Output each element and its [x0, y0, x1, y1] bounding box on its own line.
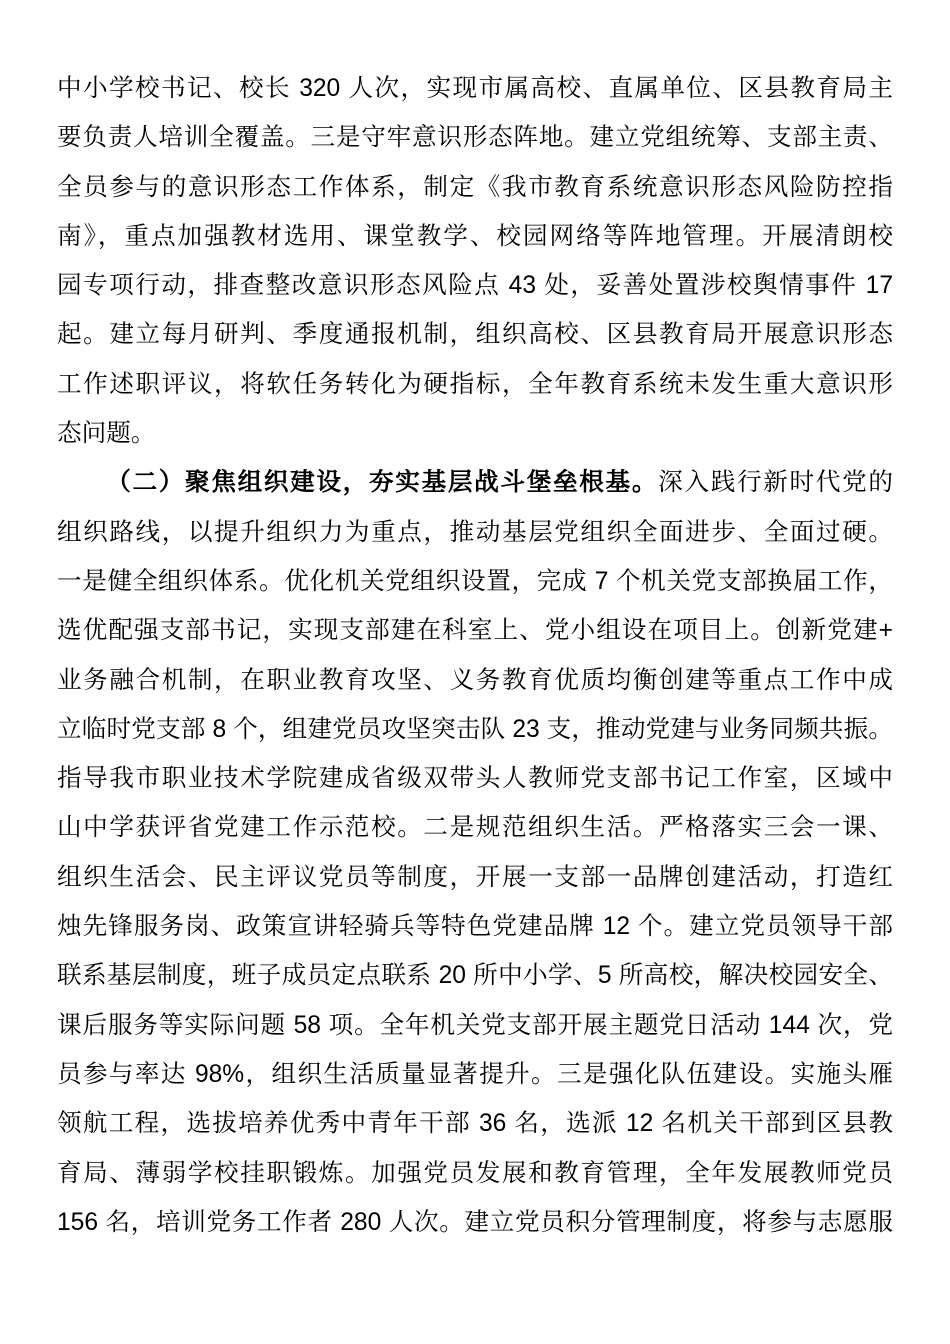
body-text: 联系基层制度，班子成员定点联系 20 所中小学、5 所高校，解决校园安全、 [57, 962, 893, 989]
body-text: 领航工程，选拔培养优秀中青年干部 36 名，选派 12 名机关干部到区县教 [57, 1110, 893, 1137]
text-line: 领航工程，选拔培养优秀中青年干部 36 名，选派 12 名机关干部到区县教 [57, 1099, 893, 1148]
body-text: 组织路线，以提升组织力为重点，推动基层党组织全面进步、全面过硬。 [57, 519, 893, 546]
text-line: 员参与率达 98%，组织生活质量显著提升。三是强化队伍建设。实施头雁 [57, 1050, 893, 1099]
text-line: 业务融合机制，在职业教育攻坚、义务教育优质均衡创建等重点工作中成 [57, 656, 893, 705]
text-line: 起。建立每月研判、季度通报机制，组织高校、区县教育局开展意识形态 [57, 310, 893, 359]
text-line: 立临时党支部 8 个，组建党员攻坚突击队 23 支，推动党建与业务同频共振。 [57, 705, 893, 754]
text-line: 组织生活会、民主评议党员等制度，开展一支部一品牌创建活动，打造红 [57, 853, 893, 902]
body-text: 课后服务等实际问题 58 项。全年机关党支部开展主题党日活动 144 次，党 [57, 1012, 893, 1039]
body-text: 员参与率达 98%，组织生活质量显著提升。三是强化队伍建设。实施头雁 [57, 1061, 893, 1088]
text-line: 156 名，培训党务工作者 280 人次。建立党员积分管理制度，将参与志愿服 [57, 1198, 893, 1247]
text-line: 指导我市职业技术学院建成省级双带头人教师党支部书记工作室，区域中 [57, 754, 893, 803]
section-heading-text: （二）聚焦组织建设，夯实基层战斗堡垒根基。 [106, 469, 658, 496]
document-body: 中小学校书记、校长 320 人次，实现市属高校、直属单位、区县教育局主要负责人培… [57, 64, 893, 1247]
text-line: 工作述职评议，将软任务转化为硬指标，全年教育系统未发生重大意识形 [57, 360, 893, 409]
text-line: 中小学校书记、校长 320 人次，实现市属高校、直属单位、区县教育局主 [57, 64, 893, 113]
body-text: 起。建立每月研判、季度通报机制，组织高校、区县教育局开展意识形态 [57, 321, 893, 348]
body-text: 南》，重点加强教材选用、课堂教学、校园网络等阵地管理。开展清朗校 [57, 223, 893, 250]
body-text: 156 名，培训党务工作者 280 人次。建立党员积分管理制度，将参与志愿服 [57, 1209, 893, 1236]
body-text: 育局、薄弱学校挂职锻炼。加强党员发展和教育管理，全年发展教师党员 [57, 1160, 893, 1187]
body-text: 指导我市职业技术学院建成省级双带头人教师党支部书记工作室，区域中 [57, 765, 893, 792]
body-text: 中小学校书记、校长 320 人次，实现市属高校、直属单位、区县教育局主 [57, 75, 893, 102]
text-line: 烛先锋服务岗、政策宣讲轻骑兵等特色党建品牌 12 个。建立党员领导干部 [57, 902, 893, 951]
body-text: 深入践行新时代党的 [658, 469, 893, 496]
body-text: 立临时党支部 8 个，组建党员攻坚突击队 23 支，推动党建与业务同频共振。 [57, 716, 893, 743]
body-text: 一是健全组织体系。优化机关党组织设置，完成 7 个机关党支部换届工作， [57, 568, 893, 595]
text-line: 课后服务等实际问题 58 项。全年机关党支部开展主题党日活动 144 次，党 [57, 1001, 893, 1050]
text-line: 组织路线，以提升组织力为重点，推动基层党组织全面进步、全面过硬。 [57, 508, 893, 557]
text-line: 态问题。 [57, 409, 893, 458]
body-text: 选优配强支部书记，实现支部建在科室上、党小组设在项目上。创新党建+ [57, 617, 893, 644]
body-text: 业务融合机制，在职业教育攻坚、义务教育优质均衡创建等重点工作中成 [57, 667, 893, 694]
text-line: （二）聚焦组织建设，夯实基层战斗堡垒根基。深入践行新时代党的 [57, 458, 893, 507]
paragraph-continued-from-previous-page: 中小学校书记、校长 320 人次，实现市属高校、直属单位、区县教育局主要负责人培… [57, 64, 893, 458]
text-line: 山中学获评省党建工作示范校。二是规范组织生活。严格落实三会一课、 [57, 803, 893, 852]
text-line: 园专项行动，排查整改意识形态风险点 43 处，妥善处置涉校舆情事件 17 [57, 261, 893, 310]
body-text: 山中学获评省党建工作示范校。二是规范组织生活。严格落实三会一课、 [57, 814, 893, 841]
body-text: 工作述职评议，将软任务转化为硬指标，全年教育系统未发生重大意识形 [57, 371, 893, 398]
paragraph-section-two: （二）聚焦组织建设，夯实基层战斗堡垒根基。深入践行新时代党的组织路线，以提升组织… [57, 458, 893, 1247]
text-line: 联系基层制度，班子成员定点联系 20 所中小学、5 所高校，解决校园安全、 [57, 951, 893, 1000]
body-text: 态问题。 [57, 420, 155, 447]
body-text: 烛先锋服务岗、政策宣讲轻骑兵等特色党建品牌 12 个。建立党员领导干部 [57, 913, 893, 940]
body-text: 全员参与的意识形态工作体系，制定《我市教育系统意识形态风险防控指 [57, 174, 893, 201]
text-line: 育局、薄弱学校挂职锻炼。加强党员发展和教育管理，全年发展教师党员 [57, 1149, 893, 1198]
body-text: 园专项行动，排查整改意识形态风险点 43 处，妥善处置涉校舆情事件 17 [57, 272, 893, 299]
text-line: 要负责人培训全覆盖。三是守牢意识形态阵地。建立党组统筹、支部主责、 [57, 113, 893, 162]
body-text: 组织生活会、民主评议党员等制度，开展一支部一品牌创建活动，打造红 [57, 864, 893, 891]
text-line: 选优配强支部书记，实现支部建在科室上、党小组设在项目上。创新党建+ [57, 606, 893, 655]
document-page: 中小学校书记、校长 320 人次，实现市属高校、直属单位、区县教育局主要负责人培… [0, 0, 950, 1344]
body-text: 要负责人培训全覆盖。三是守牢意识形态阵地。建立党组统筹、支部主责、 [57, 124, 893, 151]
text-line: 南》，重点加强教材选用、课堂教学、校园网络等阵地管理。开展清朗校 [57, 212, 893, 261]
text-line: 全员参与的意识形态工作体系，制定《我市教育系统意识形态风险防控指 [57, 163, 893, 212]
text-line: 一是健全组织体系。优化机关党组织设置，完成 7 个机关党支部换届工作， [57, 557, 893, 606]
